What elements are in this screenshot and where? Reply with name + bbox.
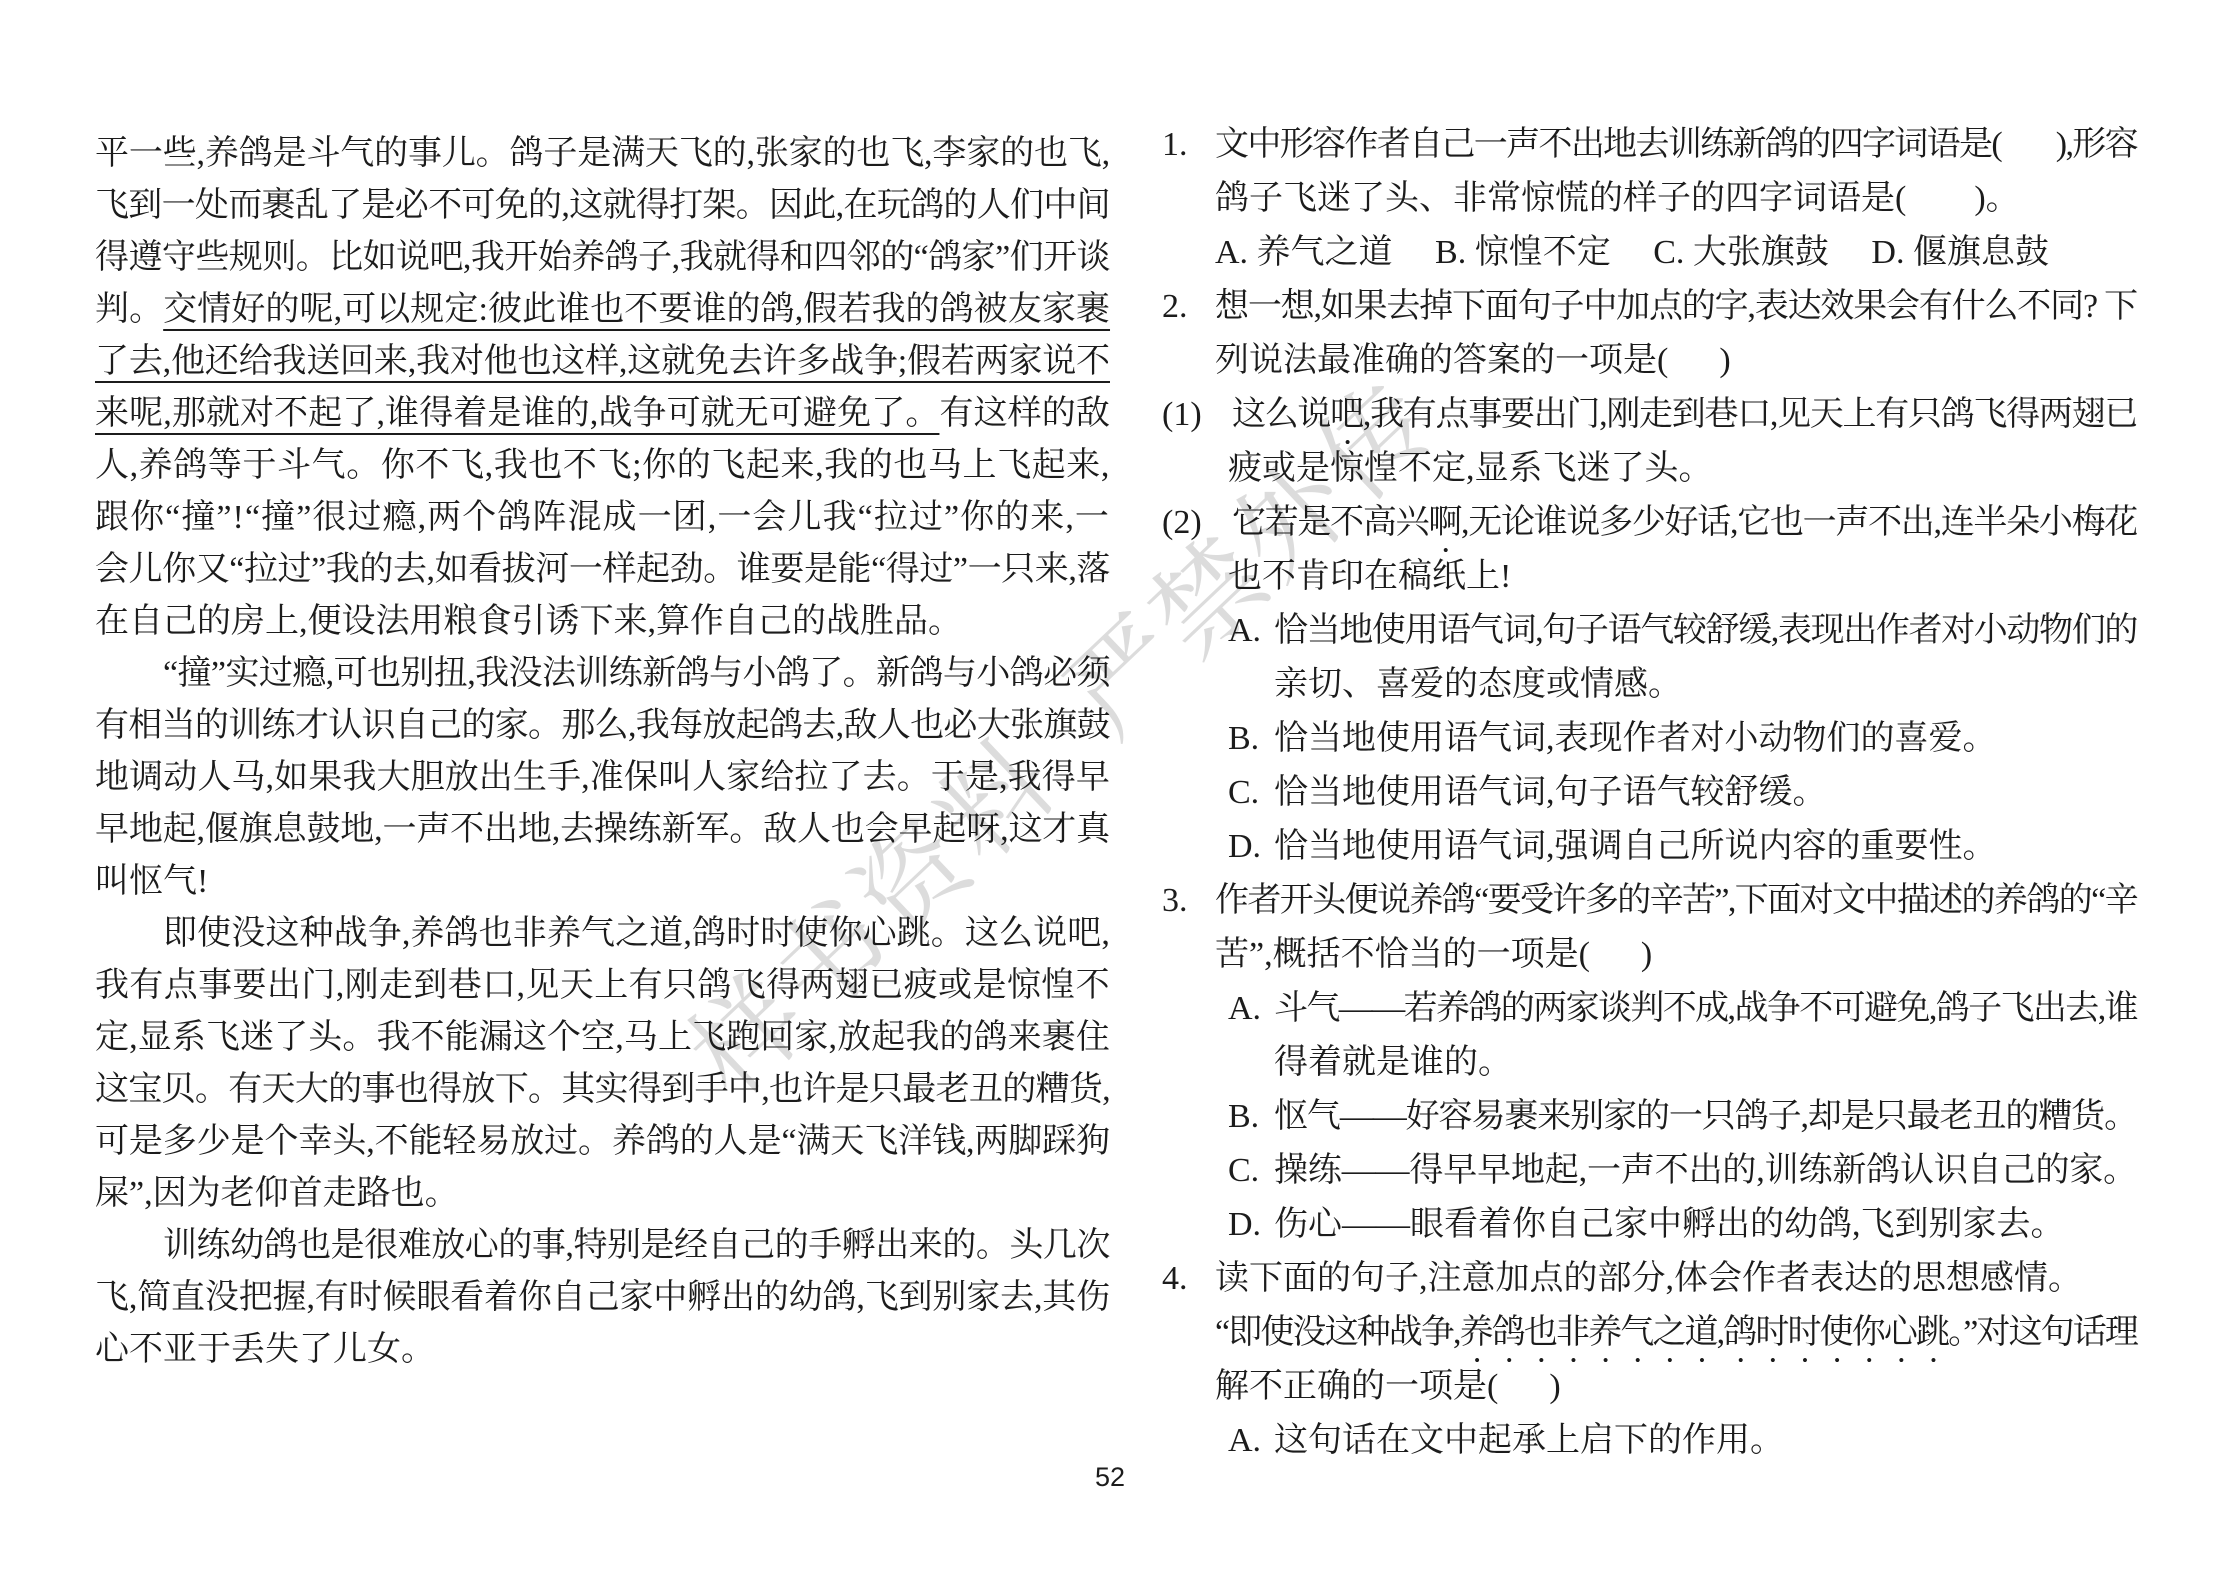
- passage-line: 跟你“撞”!“撞”很过瘾,两个鸽阵混成一团,一会儿我“拉过”你的来,一: [95, 492, 1110, 544]
- line-text: 叫怄气!: [95, 856, 208, 908]
- passage-line: 来呢,那就对不起了,谁得着是谁的,战争可就无可避免了。有这样的敌: [95, 388, 1110, 440]
- line-text: 列说法最准确的答案的一项是( ): [1215, 334, 1731, 388]
- line-text: 屎”,因为老仰首走路也。: [95, 1168, 459, 1220]
- underlined-text: 交情好的呢,可以规定:彼此谁也不要谁的鸽,假若我的鸽被友家裹: [163, 291, 1110, 328]
- text-segment: 叫怄气!: [95, 863, 208, 900]
- passage-line: 定,显系飞迷了头。我不能漏这个空,马上飞跑回家,放起我的鸽来裹住: [95, 1012, 1110, 1064]
- text-segment: ,无论谁说多少好话,它也一声不出,连半朵小梅花: [1461, 504, 2137, 541]
- text-segment: 平一些,养鸽是斗气的事儿。鸽子是满天飞的,张家的也飞,李家的也飞,: [95, 135, 1110, 172]
- line-text: 恰当地使用语气词,句子语气较舒缓,表现出作者对小动物们的: [1274, 604, 2137, 658]
- dotted-text: 吧: [1330, 396, 1363, 433]
- text-segment: 地调动人马,如果我大胆放出生手,准保叫人家给拉了去。于是,我得早: [95, 759, 1110, 796]
- passage-line: 训练幼鸽也是很难放心的事,特别是经自己的手孵出来的。头几次: [95, 1220, 1110, 1272]
- question-line: D.伤心——眼看着你自己家中孵出的幼鸽,飞到别家去。: [1162, 1198, 2137, 1252]
- line-text: 在自己的房上,便设法用粮食引诱下来,算作自己的战胜品。: [95, 596, 962, 648]
- line-text: 操练——得早早地起,一声不出的,训练新鸽认识自己的家。: [1274, 1144, 2137, 1198]
- passage-line: 得遵守些规则。比如说吧,我开始养鸽子,我就得和四邻的“鸽家”们开谈: [95, 232, 1110, 284]
- question-line: 疲或是惊惶不定,显系飞迷了头。: [1162, 442, 2137, 496]
- line-text: 人,养鸽等于斗气。你不飞,我也不飞;你的飞起来,我的也马上飞起来,: [95, 440, 1110, 492]
- line-text: 疲或是惊惶不定,显系飞迷了头。: [1228, 442, 1713, 496]
- line-text: 了去,他还给我送回来,我对他也这样,这就免去许多战争;假若两家说不: [95, 336, 1110, 388]
- text-segment: 定,显系飞迷了头。我不能漏这个空,马上飞跑回家,放起我的鸽来裹住: [95, 1019, 1110, 1056]
- question-line: 鸽子飞迷了头、非常惊慌的样子的四字词语是( )。: [1162, 172, 2137, 226]
- line-text: A. 养气之道 B. 惊惶不定 C. 大张旗鼓 D. 偃旗息鼓: [1215, 226, 2049, 280]
- line-text: 地调动人马,如果我大胆放出生手,准保叫人家给拉了去。于是,我得早: [95, 752, 1110, 804]
- passage-line: 会儿你又“拉过”我的去,如看拔河一样起劲。谁要是能“得过”一只来,落: [95, 544, 1110, 596]
- text-segment: 训练幼鸽也是很难放心的事,特别是经自己的手孵出来的。头几次: [163, 1227, 1110, 1264]
- question-line: A. 养气之道 B. 惊惶不定 C. 大张旗鼓 D. 偃旗息鼓: [1162, 226, 2137, 280]
- item-number: C.: [1228, 766, 1259, 820]
- line-text: 也不肯印在稿纸上!: [1228, 550, 1511, 604]
- line-text: 我有点事要出门,刚走到巷口,见天上有只鸽飞得两翅已疲或是惊惶不: [95, 960, 1110, 1012]
- question-line: A.这句话在文中起承上启下的作用。: [1162, 1414, 2137, 1468]
- line-text: 读下面的句子,注意加点的部分,体会作者表达的思想感情。: [1215, 1252, 2082, 1306]
- text-segment: 它若是不高兴: [1232, 504, 1428, 541]
- question-line: B.恰当地使用语气词,表现作者对小动物们的喜爱。: [1162, 712, 2137, 766]
- text-segment: 列说法最准确的答案的一项是( ): [1215, 342, 1731, 379]
- item-number: (2): [1162, 496, 1202, 550]
- text-segment: 斗气——若养鸽的两家谈判不成,战争不可避免,鸽子飞出去,谁: [1274, 990, 2137, 1027]
- line-text: 飞到一处而裹乱了是必不可免的,这就得打架。因此,在玩鸽的人们中间: [95, 180, 1110, 232]
- reading-passage-column: 平一些,养鸽是斗气的事儿。鸽子是满天飞的,张家的也飞,李家的也飞,飞到一处而裹乱…: [95, 128, 1110, 1376]
- line-text: 这句话在文中起承上启下的作用。: [1274, 1414, 1784, 1468]
- text-segment: 这么说: [1232, 396, 1330, 433]
- text-segment: 飞到一处而裹乱了是必不可免的,这就得打架。因此,在玩鸽的人们中间: [95, 187, 1110, 224]
- text-segment: 恰当地使用语气词,表现作者对小动物们的喜爱。: [1274, 720, 1997, 757]
- text-segment: 。”对这句话理: [1948, 1314, 2137, 1351]
- text-segment: 操练——得早早地起,一声不出的,训练新鸽认识自己的家。: [1274, 1152, 2137, 1189]
- line-text: 恰当地使用语气词,强调自己所说内容的重要性。: [1274, 820, 1997, 874]
- text-segment: 苦”,概括不恰当的一项是( ): [1215, 936, 1652, 973]
- line-text: 平一些,养鸽是斗气的事儿。鸽子是满天飞的,张家的也飞,李家的也飞,: [95, 128, 1110, 180]
- item-number: 4.: [1162, 1252, 1188, 1306]
- text-segment: 跟你“撞”!“撞”很过瘾,两个鸽阵混成一团,一会儿我“拉过”你的来,一: [95, 499, 1110, 536]
- text-segment: “即使没这种战争,: [1215, 1314, 1460, 1351]
- page-number: 52: [0, 1462, 2220, 1493]
- line-text: 来呢,那就对不起了,谁得着是谁的,战争可就无可避免了。有这样的敌: [95, 388, 1110, 440]
- dotted-text: 啊: [1428, 504, 1461, 541]
- line-text: 文中形容作者自己一声不出地去训练新鸽的四字词语是( ),形容: [1215, 118, 2137, 172]
- line-text: 伤心——眼看着你自己家中孵出的幼鸽,飞到别家去。: [1274, 1198, 2065, 1252]
- line-text: 斗气——若养鸽的两家谈判不成,战争不可避免,鸽子飞出去,谁: [1274, 982, 2137, 1036]
- text-segment: 有相当的训练才认识自己的家。那么,我每放起鸽去,敌人也必大张旗鼓: [95, 707, 1110, 744]
- text-segment: 伤心——眼看着你自己家中孵出的幼鸽,飞到别家去。: [1274, 1206, 2065, 1243]
- line-text: 即使没这种战争,养鸽也非养气之道,鸽时时使你心跳。这么说吧,: [163, 908, 1110, 960]
- item-number: C.: [1228, 1144, 1259, 1198]
- underlined-text: 来呢,那就对不起了,谁得着是谁的,战争可就无可避免了。: [95, 395, 939, 432]
- line-text: 苦”,概括不恰当的一项是( ): [1215, 928, 1652, 982]
- text-segment: 恰当地使用语气词,句子语气较舒缓,表现出作者对小动物们的: [1274, 612, 2137, 649]
- item-number: B.: [1228, 712, 1259, 766]
- line-text: 怄气——好容易裹来别家的一只鸽子,却是只最老丑的糟货。: [1274, 1090, 2137, 1144]
- question-line: (2)它若是不高兴啊,无论谁说多少好话,它也一声不出,连半朵小梅花: [1162, 496, 2137, 550]
- item-number: A.: [1228, 982, 1261, 1036]
- text-segment: “撞”实过瘾,可也别扭,我没法训练新鸽与小鸽了。新鸽与小鸽必须: [163, 655, 1110, 692]
- line-text: “撞”实过瘾,可也别扭,我没法训练新鸽与小鸽了。新鸽与小鸽必须: [163, 648, 1110, 700]
- text-segment: 早地起,偃旗息鼓地,一声不出地,去操练新军。敌人也会早起呀,这才真: [95, 811, 1110, 848]
- question-line: B.怄气——好容易裹来别家的一只鸽子,却是只最老丑的糟货。: [1162, 1090, 2137, 1144]
- text-segment: 可是多少是个幸头,不能轻易放过。养鸽的人是“满天飞洋钱,两脚踩狗: [95, 1123, 1110, 1160]
- item-number: B.: [1228, 1090, 1259, 1144]
- line-text: 早地起,偃旗息鼓地,一声不出地,去操练新军。敌人也会早起呀,这才真: [95, 804, 1110, 856]
- line-text: 想一想,如果去掉下面句子中加点的字,表达效果会有什么不同? 下: [1215, 280, 2137, 334]
- passage-line: 即使没这种战争,养鸽也非养气之道,鸽时时使你心跳。这么说吧,: [95, 908, 1110, 960]
- text-segment: 人,养鸽等于斗气。你不飞,我也不飞;你的飞起来,我的也马上飞起来,: [95, 447, 1110, 484]
- question-line: C.恰当地使用语气词,句子语气较舒缓。: [1162, 766, 2137, 820]
- question-line: A.斗气——若养鸽的两家谈判不成,战争不可避免,鸽子飞出去,谁: [1162, 982, 2137, 1036]
- text-segment: 心不亚于丢失了儿女。: [95, 1331, 435, 1368]
- question-line: 得着就是谁的。: [1162, 1036, 2137, 1090]
- text-segment: 怄气——好容易裹来别家的一只鸽子,却是只最老丑的糟货。: [1274, 1098, 2137, 1135]
- dotted-text: 鸽时时使你心跳: [1723, 1314, 1948, 1351]
- text-segment: 屎”,因为老仰首走路也。: [95, 1175, 459, 1212]
- line-text: 可是多少是个幸头,不能轻易放过。养鸽的人是“满天飞洋钱,两脚踩狗: [95, 1116, 1110, 1168]
- item-number: D.: [1228, 1198, 1261, 1252]
- text-segment: 在自己的房上,便设法用粮食引诱下来,算作自己的战胜品。: [95, 603, 962, 640]
- question-line: 苦”,概括不恰当的一项是( ): [1162, 928, 2137, 982]
- item-number: D.: [1228, 820, 1261, 874]
- text-segment: 解不正确的一项是( ): [1215, 1368, 1561, 1405]
- line-text: 鸽子飞迷了头、非常惊慌的样子的四字词语是( )。: [1215, 172, 2020, 226]
- text-segment: 亲切、喜爱的态度或情感。: [1274, 666, 1682, 703]
- question-line: C.操练——得早早地起,一声不出的,训练新鸽认识自己的家。: [1162, 1144, 2137, 1198]
- passage-line: 飞,简直没把握,有时候眼看着你自己家中孵出的幼鸽,飞到别家去,其伤: [95, 1272, 1110, 1324]
- text-segment: 得遵守些规则。比如说吧,我开始养鸽子,我就得和四邻的“鸽家”们开谈: [95, 239, 1110, 276]
- line-text: 恰当地使用语气词,句子语气较舒缓。: [1274, 766, 1827, 820]
- text-segment: 读下面的句子,注意加点的部分,体会作者表达的思想感情。: [1215, 1260, 2082, 1297]
- text-segment: 得着就是谁的。: [1274, 1044, 1512, 1081]
- passage-line: 叫怄气!: [95, 856, 1110, 908]
- text-segment: 我有点事要出门,刚走到巷口,见天上有只鸽飞得两翅已疲或是惊惶不: [95, 967, 1110, 1004]
- line-text: 作者开头便说养鸽“要受许多的辛苦”,下面对文中描述的养鸽的“辛: [1215, 874, 2137, 928]
- line-text: 得着就是谁的。: [1274, 1036, 1512, 1090]
- passage-line: 我有点事要出门,刚走到巷口,见天上有只鸽飞得两翅已疲或是惊惶不: [95, 960, 1110, 1012]
- text-segment: ,我有点事要出门,刚走到巷口,见天上有只鸽飞得两翅已: [1363, 396, 2137, 433]
- question-line: 解不正确的一项是( ): [1162, 1360, 2137, 1414]
- text-segment: 也不肯印在稿纸上!: [1228, 558, 1511, 595]
- worksheet-page: 样书资料 严禁外传 平一些,养鸽是斗气的事儿。鸽子是满天飞的,张家的也飞,李家的…: [0, 0, 2220, 1571]
- text-segment: 文中形容作者自己一声不出地去训练新鸽的四字词语是( ),形容: [1215, 126, 2137, 163]
- text-segment: 恰当地使用语气词,句子语气较舒缓。: [1274, 774, 1827, 811]
- line-text: 亲切、喜爱的态度或情感。: [1274, 658, 1682, 712]
- item-number: 2.: [1162, 280, 1188, 334]
- line-text: 解不正确的一项是( ): [1215, 1360, 1561, 1414]
- questions-column: 1.文中形容作者自己一声不出地去训练新鸽的四字词语是( ),形容鸽子飞迷了头、非…: [1162, 118, 2137, 1468]
- question-line: D.恰当地使用语气词,强调自己所说内容的重要性。: [1162, 820, 2137, 874]
- text-segment: A. 养气之道 B. 惊惶不定 C. 大张旗鼓 D. 偃旗息鼓: [1215, 234, 2049, 271]
- text-segment: 判。: [95, 291, 163, 328]
- passage-line: 这宝贝。有天大的事也得放下。其实得到手中,也许是只最老丑的糟货,: [95, 1064, 1110, 1116]
- question-line: “即使没这种战争,养鸽也非养气之道,鸽时时使你心跳。”对这句话理: [1162, 1306, 2137, 1360]
- line-text: 心不亚于丢失了儿女。: [95, 1324, 435, 1376]
- underlined-text: 了去,他还给我送回来,我对他也这样,这就免去许多战争;假若两家说不: [95, 343, 1110, 380]
- line-text: 定,显系飞迷了头。我不能漏这个空,马上飞跑回家,放起我的鸽来裹住: [95, 1012, 1110, 1064]
- question-line: A.恰当地使用语气词,句子语气较舒缓,表现出作者对小动物们的: [1162, 604, 2137, 658]
- text-segment: 会儿你又“拉过”我的去,如看拔河一样起劲。谁要是能“得过”一只来,落: [95, 551, 1110, 588]
- line-text: 跟你“撞”!“撞”很过瘾,两个鸽阵混成一团,一会儿我“拉过”你的来,一: [95, 492, 1110, 544]
- question-line: 3.作者开头便说养鸽“要受许多的辛苦”,下面对文中描述的养鸽的“辛: [1162, 874, 2137, 928]
- passage-line: 可是多少是个幸头,不能轻易放过。养鸽的人是“满天飞洋钱,两脚踩狗: [95, 1116, 1110, 1168]
- question-line: 2.想一想,如果去掉下面句子中加点的字,表达效果会有什么不同? 下: [1162, 280, 2137, 334]
- item-number: A.: [1228, 604, 1261, 658]
- text-segment: 这宝贝。有天大的事也得放下。其实得到手中,也许是只最老丑的糟货,: [95, 1071, 1110, 1108]
- line-text: 得遵守些规则。比如说吧,我开始养鸽子,我就得和四邻的“鸽家”们开谈: [95, 232, 1110, 284]
- line-text: 训练幼鸽也是很难放心的事,特别是经自己的手孵出来的。头几次: [163, 1220, 1110, 1272]
- passage-line: 地调动人马,如果我大胆放出生手,准保叫人家给拉了去。于是,我得早: [95, 752, 1110, 804]
- line-text: 有相当的训练才认识自己的家。那么,我每放起鸽去,敌人也必大张旗鼓: [95, 700, 1110, 752]
- question-line: 1.文中形容作者自己一声不出地去训练新鸽的四字词语是( ),形容: [1162, 118, 2137, 172]
- item-number: 3.: [1162, 874, 1188, 928]
- text-segment: 想一想,如果去掉下面句子中加点的字,表达效果会有什么不同? 下: [1215, 288, 2137, 325]
- item-number: A.: [1228, 1414, 1261, 1468]
- line-text: 飞,简直没把握,有时候眼看着你自己家中孵出的幼鸽,飞到别家去,其伤: [95, 1272, 1110, 1324]
- text-segment: 这句话在文中起承上启下的作用。: [1274, 1422, 1784, 1459]
- passage-line: 早地起,偃旗息鼓地,一声不出地,去操练新军。敌人也会早起呀,这才真: [95, 804, 1110, 856]
- question-line: 亲切、喜爱的态度或情感。: [1162, 658, 2137, 712]
- passage-line: 飞到一处而裹乱了是必不可免的,这就得打架。因此,在玩鸽的人们中间: [95, 180, 1110, 232]
- text-segment: 即使没这种战争,养鸽也非养气之道,鸽时时使你心跳。这么说吧,: [163, 915, 1110, 952]
- question-line: 也不肯印在稿纸上!: [1162, 550, 2137, 604]
- passage-line: 屎”,因为老仰首走路也。: [95, 1168, 1110, 1220]
- item-number: (1): [1162, 388, 1202, 442]
- passage-line: 判。交情好的呢,可以规定:彼此谁也不要谁的鸽,假若我的鸽被友家裹: [95, 284, 1110, 336]
- passage-line: 了去,他还给我送回来,我对他也这样,这就免去许多战争;假若两家说不: [95, 336, 1110, 388]
- line-text: 会儿你又“拉过”我的去,如看拔河一样起劲。谁要是能“得过”一只来,落: [95, 544, 1110, 596]
- text-segment: 疲或是惊惶不定,显系飞迷了头。: [1228, 450, 1713, 487]
- passage-line: 有相当的训练才认识自己的家。那么,我每放起鸽去,敌人也必大张旗鼓: [95, 700, 1110, 752]
- passage-line: 人,养鸽等于斗气。你不飞,我也不飞;你的飞起来,我的也马上飞起来,: [95, 440, 1110, 492]
- passage-line: 心不亚于丢失了儿女。: [95, 1324, 1110, 1376]
- line-text: 判。交情好的呢,可以规定:彼此谁也不要谁的鸽,假若我的鸽被友家裹: [95, 284, 1110, 336]
- question-line: 4.读下面的句子,注意加点的部分,体会作者表达的思想感情。: [1162, 1252, 2137, 1306]
- dotted-text: 养鸽也非养气之道: [1460, 1314, 1717, 1351]
- question-line: (1)这么说吧,我有点事要出门,刚走到巷口,见天上有只鸽飞得两翅已: [1162, 388, 2137, 442]
- item-number: 1.: [1162, 118, 1188, 172]
- passage-line: “撞”实过瘾,可也别扭,我没法训练新鸽与小鸽了。新鸽与小鸽必须: [95, 648, 1110, 700]
- text-segment: 飞,简直没把握,有时候眼看着你自己家中孵出的幼鸽,飞到别家去,其伤: [95, 1279, 1110, 1316]
- text-segment: 作者开头便说养鸽“要受许多的辛苦”,下面对文中描述的养鸽的“辛: [1215, 882, 2137, 919]
- line-text: 这宝贝。有天大的事也得放下。其实得到手中,也许是只最老丑的糟货,: [95, 1064, 1110, 1116]
- passage-line: 平一些,养鸽是斗气的事儿。鸽子是满天飞的,张家的也飞,李家的也飞,: [95, 128, 1110, 180]
- line-text: 恰当地使用语气词,表现作者对小动物们的喜爱。: [1274, 712, 1997, 766]
- passage-line: 在自己的房上,便设法用粮食引诱下来,算作自己的战胜品。: [95, 596, 1110, 648]
- text-segment: 恰当地使用语气词,强调自己所说内容的重要性。: [1274, 828, 1997, 865]
- text-segment: 有这样的敌: [939, 395, 1110, 432]
- text-segment: 鸽子飞迷了头、非常惊慌的样子的四字词语是( )。: [1215, 180, 2020, 217]
- question-line: 列说法最准确的答案的一项是( ): [1162, 334, 2137, 388]
